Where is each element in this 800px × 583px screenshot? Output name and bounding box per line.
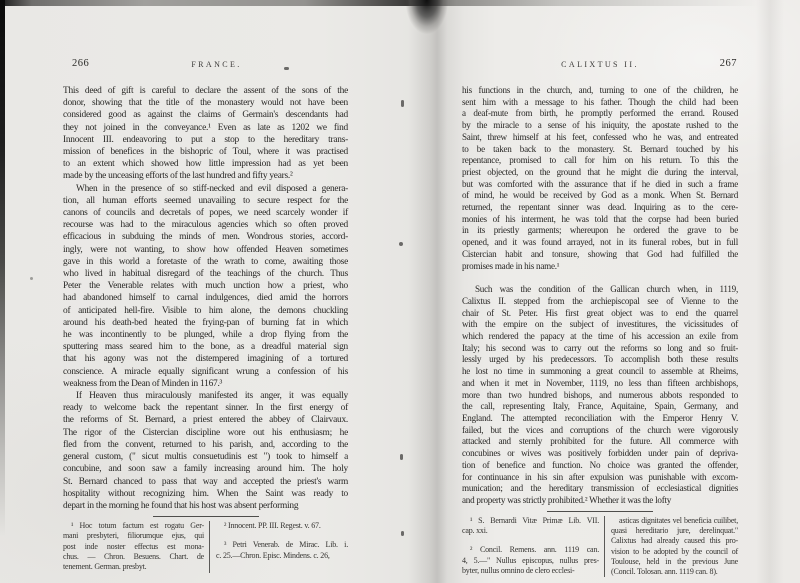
footnote-line: cap. xxi.: [462, 526, 599, 536]
text-line: ingly, were not wanting, to show how off…: [63, 244, 348, 256]
footnote-column: ¹ S. Bernardi Vitæ Primæ Lib. VII.cap. x…: [462, 516, 604, 578]
text-line: he lost no time in summoning a great cou…: [462, 366, 738, 378]
footnote-line: tenement. German. presbyt.: [63, 562, 204, 572]
footnote-line: ² Innocent. PP. III. Regest. v. 67.: [216, 521, 348, 531]
footnote-line: c. 25.—Chron. Episc. Mindens. c. 26,: [216, 551, 348, 561]
text-line: who lived in habitual disregard of the t…: [63, 268, 348, 280]
text-line: sent him with a message to his father. T…: [462, 97, 738, 109]
text-line: more than two hundred bishops, and numer…: [462, 390, 738, 402]
scan-speck: [401, 100, 404, 107]
text-line: lessly urged by his predecessors. To acc…: [462, 354, 738, 366]
text-line: with the empire on the subject of invest…: [462, 319, 738, 331]
text-line: priest objected, on the ground that he m…: [462, 167, 738, 179]
footnote: ³ Petri Venerab. de Mirac. Lib. i.c. 25.…: [216, 540, 348, 561]
text-line: and property was strictly prohibited.² W…: [462, 495, 738, 507]
running-head-left: FRANCE.: [191, 60, 241, 69]
text-line: Such was the condition of the Gallican c…: [462, 284, 738, 296]
paragraph: This deed of gift is careful to declare …: [63, 85, 348, 183]
text-line: he was incontinently to be plunged, whil…: [63, 329, 348, 341]
footnote-line: asticas dignitates vel beneficia cuilibe…: [611, 516, 738, 526]
footnote: ¹ S. Bernardi Vitæ Primæ Lib. VII.cap. x…: [462, 516, 599, 537]
page-number-left: 266: [72, 58, 89, 69]
text-line: and when it met in November, 1119, no le…: [462, 378, 738, 390]
footnote-line: quasi hereditario jure, derelinquat.": [611, 526, 738, 536]
paragraph: When in the presence of so stiff-necked …: [63, 183, 348, 390]
text-line: Cistercian habit and tonsure, showing th…: [462, 249, 738, 261]
scan-left-edge-shadow: [0, 0, 5, 583]
text-line: but was comforted with the assurance tha…: [462, 179, 738, 191]
text-line: concubine, and soon saw a family increas…: [63, 463, 348, 475]
footnote-line: ¹ S. Bernardi Vitæ Primæ Lib. VII.: [462, 516, 599, 526]
text-line: which rendered the papacy at the time of…: [462, 331, 738, 343]
running-head-right: CALIXTUS II.: [561, 60, 639, 69]
text-line: hospitality without recognizing him. Whe…: [63, 488, 348, 500]
text-line: conscience. A miracle equally significan…: [63, 366, 348, 378]
text-line: chair of St. Peter. His first great obje…: [462, 308, 738, 320]
footnote-separator-rule: [547, 511, 653, 512]
text-line: by the miracle to a sense of his iniquit…: [462, 120, 738, 132]
page-left-header: 266 FRANCE.: [63, 58, 348, 85]
scan-speck: [30, 277, 33, 280]
text-line: general custom, (" sicut multis consuetu…: [63, 451, 348, 463]
text-line: depart in the morning he found that his …: [63, 500, 348, 512]
footnote-separator-rule: [153, 516, 259, 517]
text-line: in its priestly garments; whereupon he o…: [462, 225, 738, 237]
text-line: recourse was had to the miraculous agenc…: [63, 219, 348, 231]
text-line: attacked and sternly prohibited for the …: [462, 436, 738, 448]
paragraph: his functions in the church, and, turnin…: [462, 85, 738, 272]
text-line: weakness from the Dean of Minden in 1167…: [63, 378, 348, 390]
text-line: monies of his interment, he was told tha…: [462, 214, 738, 226]
text-line: a deaf-mute from birth, he promptly perf…: [462, 108, 738, 120]
text-line: the call, representing Italy, France, Aq…: [462, 401, 738, 413]
text-line: repentance, promised to call for him on …: [462, 155, 738, 167]
text-line: promises made in his name.¹: [462, 261, 738, 273]
text-line: gave in this world a foretaste of the wr…: [63, 256, 348, 268]
page-left: 266 FRANCE. This deed of gift is careful…: [63, 58, 348, 573]
text-line: sputtering mass seared him to the bone, …: [63, 341, 348, 353]
text-line: to an extent which showed how little imp…: [63, 158, 348, 170]
text-line: of mind, he would be received by God as …: [462, 190, 738, 202]
text-line: that his agony was not the distempered i…: [63, 353, 348, 365]
text-line: his functions in the church, and, turnin…: [462, 85, 738, 97]
text-line: Saint, threw himself at his feet, confes…: [462, 132, 738, 144]
footnote: ² Concil. Remens. ann. 1119 can.4, 5.—" …: [462, 545, 599, 576]
footnote-line: (Concil. Tolosan. ann. 1119 can. 8).: [611, 567, 738, 577]
page-right: CALIXTUS II. 267 his functions in the ch…: [462, 58, 738, 577]
text-line: If Heaven thus miraculously manifested i…: [63, 390, 348, 402]
text-line: The rigor of the Cistercian discipline w…: [63, 427, 348, 439]
text-line: made by the unceasing efforts of the las…: [63, 170, 348, 182]
text-line: Innocent III. endeavoring to put a stop …: [63, 134, 348, 146]
footnote-line: mani presbyteri, filiorumque ejus, qui: [63, 531, 204, 541]
page-curve-shadow: [756, 0, 784, 583]
footnote-column: ² Innocent. PP. III. Regest. v. 67.³ Pet…: [210, 521, 348, 572]
footnote-line: byter, nullus omnino de clero ecclesi-: [462, 566, 599, 576]
footnote-line: 4, 5.—" Nullus episcopus, nullus pres-: [462, 556, 599, 566]
page-right-header: CALIXTUS II. 267: [462, 58, 738, 85]
text-line: to be taken back to the monastery. St. B…: [462, 144, 738, 156]
text-line: failed, but the vices and corruptions of…: [462, 425, 738, 437]
text-line: concubines or wives was positively forbi…: [462, 448, 738, 460]
text-line: opened, and it was found arrayed, not in…: [462, 237, 738, 249]
scan-speck: [400, 454, 403, 460]
footnote-line: ¹ Hoc totum factum est rogatu Ger-: [63, 521, 204, 531]
text-line: Peter the Venerable relates with much un…: [63, 280, 348, 292]
text-line: mission of benefices in the bishopric of…: [63, 146, 348, 158]
text-line: canons of councils and decretals of pope…: [63, 207, 348, 219]
text-line: Italy; his second was to carry out the r…: [462, 343, 738, 355]
book-scan: 266 FRANCE. This deed of gift is careful…: [0, 0, 800, 583]
text-line: munication; and the hereditary transmiss…: [462, 483, 738, 495]
footnote: ² Innocent. PP. III. Regest. v. 67.: [216, 521, 348, 531]
footnote: ¹ Hoc totum factum est rogatu Ger-mani p…: [63, 521, 204, 572]
scan-speck: [399, 242, 403, 246]
page-right-footnotes: ¹ S. Bernardi Vitæ Primæ Lib. VII.cap. x…: [462, 516, 738, 578]
text-line: around his death-bed heated the frying-p…: [63, 317, 348, 329]
scan-speck: [284, 67, 289, 70]
text-line: considered good as against the claims of…: [63, 109, 348, 121]
footnote-column: asticas dignitates vel beneficia cuilibe…: [605, 516, 738, 578]
text-line: the reforms of St. Bernard, a priest ent…: [63, 414, 348, 426]
footnote-line: Toulouse, held in the previous June: [611, 557, 738, 567]
book-spine-shadow: [398, 0, 458, 110]
text-line: donor, showing that the title of the mon…: [63, 97, 348, 109]
text-line: returned, the repentant sinner was dead.…: [462, 202, 738, 214]
text-line: When in the presence of so stiff-necked …: [63, 183, 348, 195]
footnote-line: vision to be adopted by the council of: [611, 547, 738, 557]
text-line: they not joined in the conveyance.¹ Even…: [63, 122, 348, 134]
footnote-line: chus. — Chron. Besuens. Chart. de: [63, 552, 204, 562]
text-line: tion of benefice and function. No choice…: [462, 460, 738, 472]
page-right-body: his functions in the church, and, turnin…: [462, 85, 738, 507]
paragraph: Such was the condition of the Gallican c…: [462, 284, 738, 506]
footnote: asticas dignitates vel beneficia cuilibe…: [611, 516, 738, 578]
text-line: St. Bernard chanced to pass that way and…: [63, 476, 348, 488]
scan-speck: [401, 531, 404, 536]
text-line: This deed of gift is careful to declare …: [63, 85, 348, 97]
text-line: England. The attempted reconciliation wi…: [462, 413, 738, 425]
text-line: ready to welcome back the repentant sinn…: [63, 402, 348, 414]
text-line: for continuance in his sin after expulsi…: [462, 472, 738, 484]
text-line: had abandoned himself to carnal indulgen…: [63, 292, 348, 304]
footnote-column: ¹ Hoc totum factum est rogatu Ger-mani p…: [63, 521, 209, 572]
footnote-line: ² Concil. Remens. ann. 1119 can.: [462, 545, 599, 555]
footnote-line: post inde noster effectus est mona-: [63, 542, 204, 552]
text-line: Calixtus II. stepped from the archiepisc…: [462, 296, 738, 308]
text-line: efficacious in subduing the minds of men…: [63, 231, 348, 243]
text-line: fled from the convent, returned to his p…: [63, 439, 348, 451]
text-line: of anticipated hell-fire. Visible to him…: [63, 305, 348, 317]
footnote-line: Calixtus had already caused this pro-: [611, 536, 738, 546]
page-left-footnotes: ¹ Hoc totum factum est rogatu Ger-mani p…: [63, 521, 348, 572]
footnote-line: ³ Petri Venerab. de Mirac. Lib. i.: [216, 540, 348, 550]
page-number-right: 267: [720, 58, 737, 69]
paragraph: If Heaven thus miraculously manifested i…: [63, 390, 348, 512]
page-left-body: This deed of gift is careful to declare …: [63, 85, 348, 512]
text-line: tion, all human efforts seemed unavailin…: [63, 195, 348, 207]
